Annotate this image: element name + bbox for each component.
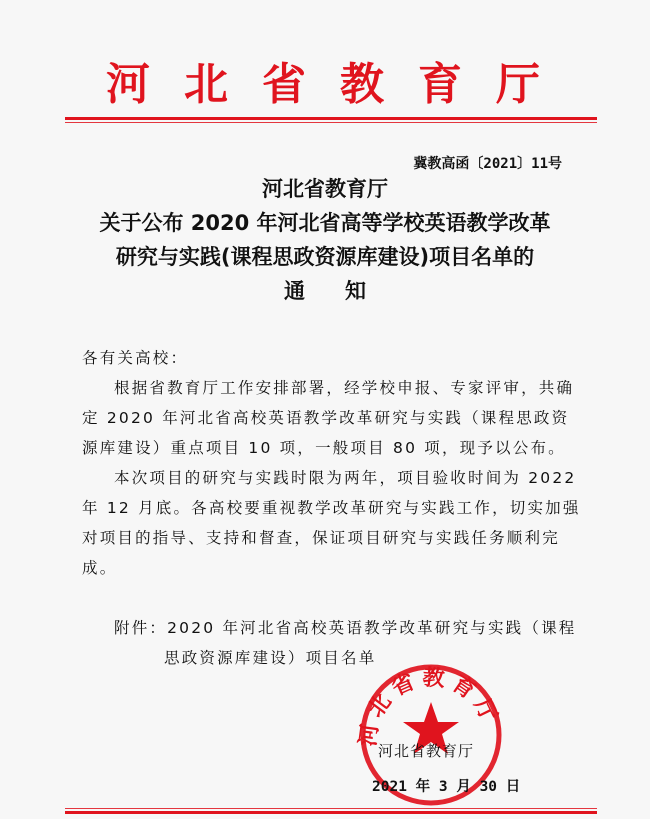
rule-thick-line	[65, 811, 597, 814]
attachment-line-1: 附件：2020 年河北省高校英语教学改革研究与实践（课程	[82, 613, 582, 643]
document-body: 各有关高校： 根据省教育厅工作安排部署，经学校申报、专家评审，共确定 2020 …	[82, 343, 582, 673]
title-line-3: 研究与实践(课程思政资源库建设)项目名单的	[0, 240, 650, 274]
official-notice-document: 河北省教育厅 冀教高函〔2021〕11号 河北省教育厅 关于公布 2020 年河…	[0, 0, 650, 819]
signature-issuer: 河北省教育厅	[378, 740, 474, 761]
title-line-2: 关于公布 2020 年河北省高等学校英语教学改革	[0, 206, 650, 240]
rule-thin-line	[65, 122, 597, 123]
document-title: 河北省教育厅 关于公布 2020 年河北省高等学校英语教学改革 研究与实践(课程…	[0, 172, 650, 308]
rule-thick-line	[65, 117, 597, 120]
masthead-red-rule	[65, 117, 597, 123]
masthead-title: 河北省教育厅	[0, 48, 650, 112]
title-issuer: 河北省教育厅	[0, 172, 650, 206]
signature-date: 2021 年 3 月 30 日	[372, 775, 520, 796]
attachment-line-2: 思政资源库建设）项目名单	[82, 643, 582, 673]
salutation: 各有关高校：	[82, 343, 582, 373]
document-number: 冀教高函〔2021〕11号	[413, 153, 562, 173]
rule-thin-line	[65, 808, 597, 809]
title-notice: 通知	[0, 274, 650, 308]
paragraph-2: 本次项目的研究与实践时限为两年，项目验收时间为 2022 年 12 月底。各高校…	[82, 463, 582, 583]
paragraph-1: 根据省教育厅工作安排部署，经学校申报、专家评审，共确定 2020 年河北省高校英…	[82, 373, 582, 463]
footer-red-rule	[65, 808, 597, 814]
